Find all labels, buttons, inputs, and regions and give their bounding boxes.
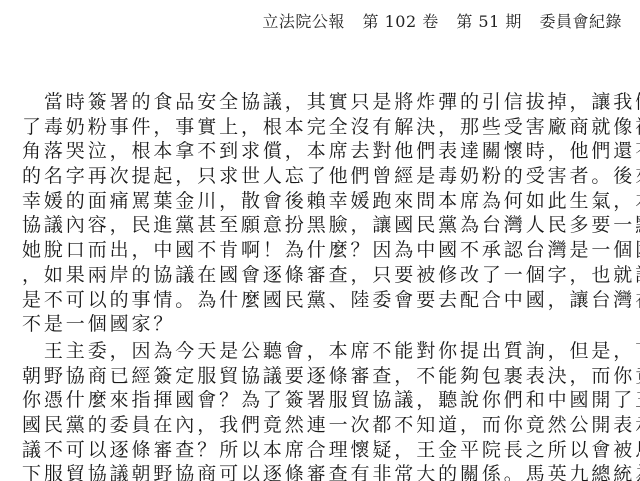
- issue-number: 第 51 期: [456, 12, 522, 31]
- text-line: 議不可以逐條審查？所以本席合理懷疑，王金平院長之所以會被馬英九總統追殺，與他當時…: [22, 438, 638, 463]
- text-line: 角落哭泣，根本拿不到求償，本席去對他們表達關懷時，他們還不斷的拜託本席，不要將他…: [22, 139, 638, 164]
- text-line: 你憑什麼來指揮國會？為了簽署服貿協議，聽說你們和中國開了五十幾次的會議，但是，包…: [22, 388, 638, 413]
- volume-number: 第 102 卷: [363, 12, 439, 31]
- publication-title: 立法院公報: [262, 12, 345, 31]
- paragraph-2: 王主委，因為今天是公聽會，本席不能對你提出質詢，但是，下一次你就必須答復，為什麼…: [22, 339, 638, 481]
- text-line: 國民黨的委員在內，我們竟然連一次都不知道，而你竟然公開表示，經過朝野協商決定服貿…: [22, 413, 638, 438]
- text-line: 協議內容，民進黨甚至願意扮黑臉，讓國民黨為台灣人民多要一點東西，他們卻都不肯，結…: [22, 213, 638, 238]
- text-line: 的名字再次提起，只求世人忘了他們曾經是毒奶粉的受害者。後來再次質詢時，本席就當著…: [22, 164, 638, 189]
- text-line: 了毒奶粉事件，事實上，根本完全沒有解決，那些受害廠商就像被強暴的婦女一樣，只能躲…: [22, 115, 638, 140]
- text-line: 王主委，因為今天是公聽會，本席不能對你提出質詢，但是，下一次你就必須答復，為什麼: [22, 339, 638, 364]
- text-line: 不是一個國家？: [22, 312, 638, 337]
- text-line: 下服貿協議朝野協商可以逐條審查有非常大的關係。馬英九總統為什麼急著要這個……: [22, 462, 638, 481]
- text-line: 幸媛的面痛罵葉金川，散會後賴幸媛跑來問本席為何如此生氣，本席告訴她，國會要求先審…: [22, 189, 638, 214]
- text-line: 朝野協商已經簽定服貿協議要逐條審查，不能夠包裹表決，而你竟然公開對媒體表示不可以…: [22, 364, 638, 389]
- section-title: 委員會紀錄: [539, 12, 622, 31]
- text-line: 她脫口而出，中國不肯啊！為什麼？因為中國不承認台灣是一個國家，所以台灣不可以有國…: [22, 238, 638, 263]
- text-line: 是不可以的事情。為什麼國民黨、陸委會要去配合中國，讓台灣在實質上變成沒有國會，而…: [22, 288, 638, 313]
- page-header: 立法院公報 第 102 卷 第 51 期 委員會紀錄: [250, 9, 622, 32]
- text-line: ，如果兩岸的協議在國會逐條審查，只要被修改了一個字，也就證明了台灣有國會的存在，…: [22, 263, 638, 288]
- text-line: 當時簽署的食品安全協議，其實只是將炸彈的引信拔掉，讓我們全國人誤以為兩岸已經解決: [22, 90, 638, 115]
- document-body: 當時簽署的食品安全協議，其實只是將炸彈的引信拔掉，讓我們全國人誤以為兩岸已經解決…: [22, 90, 638, 481]
- paragraph-1: 當時簽署的食品安全協議，其實只是將炸彈的引信拔掉，讓我們全國人誤以為兩岸已經解決…: [22, 90, 638, 337]
